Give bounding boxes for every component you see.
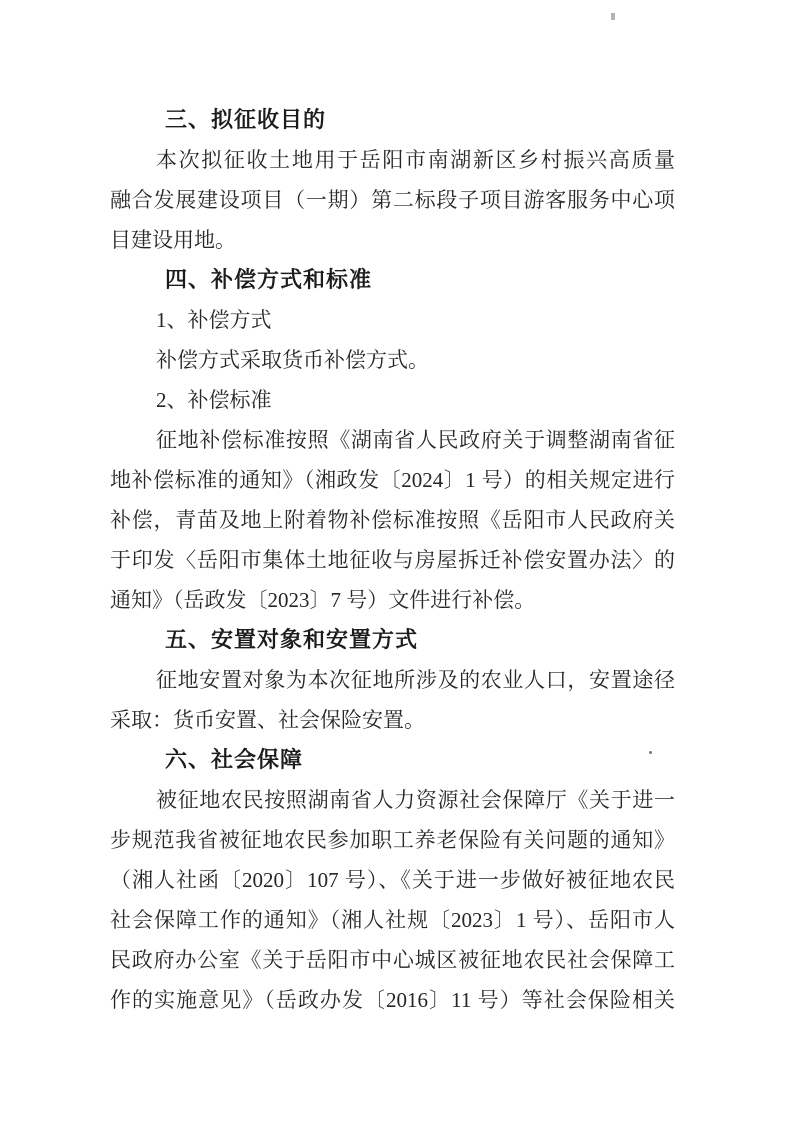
- paragraph-line: 通知》（岳政发〔2023〕7 号）文件进行补偿。: [110, 580, 675, 620]
- section-heading-6: 六、社会保障: [110, 740, 675, 780]
- paragraph-line: 融合发展建设项目（一期）第二标段子项目游客服务中心项: [110, 180, 675, 220]
- paragraph-line: 作的实施意见》（岳政办发〔2016〕11 号）等社会保险相关: [110, 980, 675, 1020]
- paragraph-line: 本次拟征收土地用于岳阳市南湖新区乡村振兴高质量: [110, 140, 675, 180]
- paragraph-line: 地补偿标准的通知》（湘政发〔2024〕1 号）的相关规定进行: [110, 460, 675, 500]
- paragraph-line: 征地补偿标准按照《湖南省人民政府关于调整湖南省征: [110, 420, 675, 460]
- paragraph-line: 于印发〈岳阳市集体土地征收与房屋拆迁补偿安置办法〉的: [110, 540, 675, 580]
- document-page: 三、拟征收目的 本次拟征收土地用于岳阳市南湖新区乡村振兴高质量 融合发展建设项目…: [0, 0, 793, 1121]
- paragraph-line: 被征地农民按照湖南省人力资源社会保障厅《关于进一: [110, 780, 675, 820]
- paragraph-line: 征地安置对象为本次征地所涉及的农业人口，安置途径: [110, 660, 675, 700]
- document-content: 三、拟征收目的 本次拟征收土地用于岳阳市南湖新区乡村振兴高质量 融合发展建设项目…: [110, 100, 675, 1020]
- list-item-line: 2、补偿标准: [110, 380, 675, 420]
- scan-speck: [611, 13, 615, 20]
- paragraph-line: 补偿方式采取货币补偿方式。: [110, 340, 675, 380]
- section-heading-4: 四、补偿方式和标准: [110, 260, 675, 300]
- paragraph-line: （湘人社函〔2020〕107 号）、《关于进一步做好被征地农民: [110, 860, 675, 900]
- paragraph-line: 补偿，青苗及地上附着物补偿标准按照《岳阳市人民政府关: [110, 500, 675, 540]
- list-item-line: 1、补偿方式: [110, 300, 675, 340]
- paragraph-line: 社会保障工作的通知》（湘人社规〔2023〕1 号）、岳阳市人: [110, 900, 675, 940]
- paragraph-line: 步规范我省被征地农民参加职工养老保险有关问题的通知》: [110, 820, 675, 860]
- section-heading-3: 三、拟征收目的: [110, 100, 675, 140]
- paragraph-line: 民政府办公室《关于岳阳市中心城区被征地农民社会保障工: [110, 940, 675, 980]
- paragraph-line: 采取：货币安置、社会保险安置。: [110, 700, 675, 740]
- paragraph-line: 目建设用地。: [110, 220, 675, 260]
- section-heading-5: 五、安置对象和安置方式: [110, 620, 675, 660]
